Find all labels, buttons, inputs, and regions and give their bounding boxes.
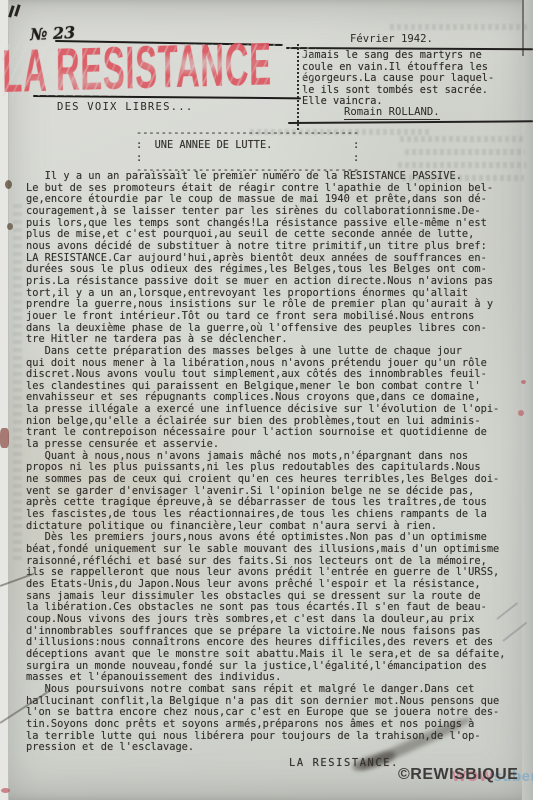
text-line: Il y a un an paraissait le premier numér… (26, 171, 528, 183)
text-line: ne sommes pas de ceux qui croient qu'en … (26, 474, 528, 486)
paragraph: Dès les premiers jours,nous avons été op… (26, 532, 528, 684)
article-title: : UNE ANNEE DE LUTTE. : (136, 139, 359, 151)
stain (5, 180, 12, 189)
epigraph-bottom-rule (288, 120, 533, 124)
bleed-through-text (398, 162, 526, 168)
text-line: béat,fondé uniquement sur le sable mouva… (26, 544, 528, 556)
newspaper-title: LA RESISTANCE (2, 34, 272, 102)
paragraph: Quant à nous,nous n'avons jamais mâché n… (26, 451, 528, 533)
bleed-through-text (390, 24, 530, 30)
article-body: Il y a un an paraissait le premier numér… (26, 171, 528, 754)
stain (7, 223, 13, 230)
text-line: Jamais le sang des martyrs ne (302, 50, 530, 62)
text-line: tin.Soyons donc prêts et soyons armés,pr… (26, 719, 528, 731)
stain (0, 428, 9, 448)
article-signature: LA RESISTANCE. (289, 757, 399, 769)
document-page: № 23 LA RESISTANCE DES VOIX LIBRES... Fé… (0, 0, 533, 800)
paragraph: Il y a un an paraissait le premier numér… (26, 171, 528, 346)
text-line: pris.La résistance passive doit se muer … (26, 276, 528, 288)
text-line: Nous poursuivons notre combat sans répit… (26, 684, 528, 696)
text-line: coup.Nous vivons des jours très sombres,… (26, 614, 528, 626)
stain (1, 788, 10, 793)
title-box-spacer: : : (136, 152, 359, 164)
text-line: couragement,à se laisser tenter par les … (26, 206, 528, 218)
text-line: des Etats-Unis,du Japon.Nous leur avons … (26, 579, 528, 591)
paragraph: Dans cette préparation des masses belges… (26, 346, 528, 451)
paragraph: Nous poursuivons notre combat sans répit… (26, 684, 528, 754)
text-line: déceptions avant que le monstre soit aba… (26, 649, 528, 661)
text-line: nous avons décidé de substituer à notre … (26, 241, 528, 253)
text-line: la presse censurée et asservie. (26, 439, 528, 451)
text-line: jouer le front intérieur.Tôt ou tard ce … (26, 311, 528, 323)
text-line: Dans cette préparation des masses belges… (26, 346, 528, 358)
watermark-text: ©REWISBIQUE (398, 766, 518, 784)
article-title-box: ------------------------------------ : U… (136, 127, 359, 176)
bleed-through-text (405, 149, 525, 155)
epigraph-quote: Jamais le sang des martyrs necoule en va… (302, 50, 530, 108)
text-line: pression et de l'esclavage. (26, 742, 528, 754)
issue-date: Février 1942. (350, 33, 433, 45)
masthead-dotted-separator (297, 44, 299, 130)
scan-edge-left (0, 0, 9, 800)
ink-mark (14, 4, 21, 16)
bleed-through-text (13, 200, 22, 560)
epigraph-author: Romain ROLLAND. (344, 106, 440, 120)
text-line: les fascistes,de tous les réactionnaires… (26, 509, 528, 521)
title-box-border: ------------------------------------ (136, 127, 359, 139)
bleed-through-text (400, 136, 525, 142)
